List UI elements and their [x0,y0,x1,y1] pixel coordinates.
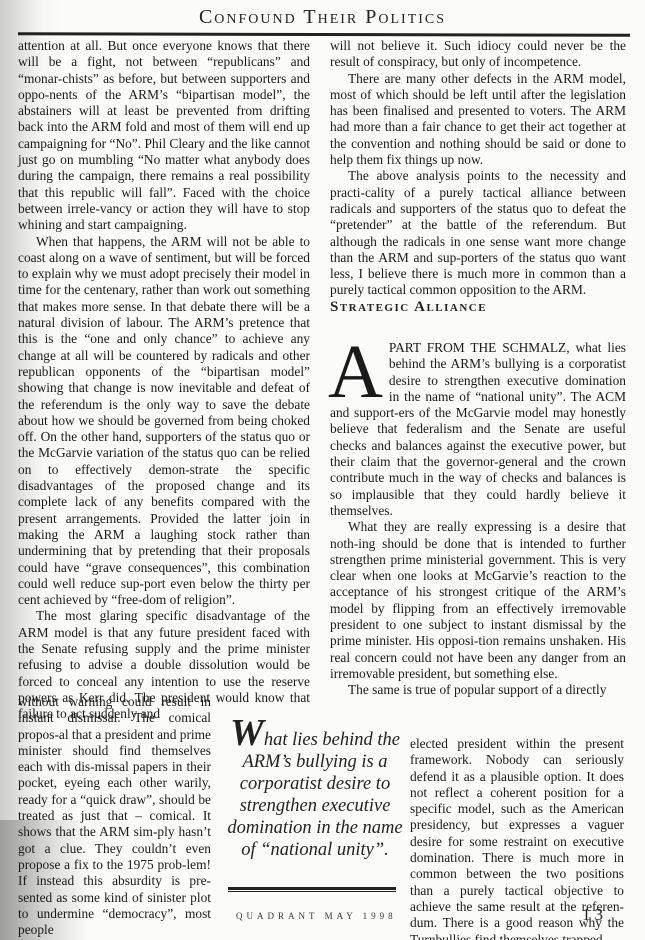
page-number: 13 [582,905,607,925]
paragraph: without warning could result in instant … [18,694,211,938]
paragraph: When that happens, the ARM will not be a… [18,234,310,609]
pull-quote-initial: W [230,712,264,754]
paragraph: The same is true of popular support of a… [330,682,626,698]
pull-quote-rule [228,887,396,890]
dropcap-letter: A [328,342,383,402]
section-heading: Strategic Alliance [330,299,487,316]
left-column-narrow: without warning could result in instant … [18,694,211,938]
dropcap-lead-in: PART FROM THE SCHMALZ, [389,340,570,355]
dropcap-section: APART FROM THE SCHMALZ, what lies behind… [330,340,626,699]
pull-quote: What lies behind the ARM’s bullying is a… [222,718,408,861]
paragraph: The above analysis points to the necessi… [330,168,626,298]
running-head: Confound Their Politics [0,6,645,29]
pull-quote-rule-thin [228,891,396,892]
paragraph: What they are really expressing is a des… [330,519,626,682]
right-column: will not believe it. Such idiocy could n… [330,38,626,299]
paragraph: will not believe it. Such idiocy could n… [330,38,626,71]
paragraph: There are many other defects in the ARM … [330,71,626,169]
footer-publication: QUADRANT MAY 1998 [236,911,397,921]
dropcap-paragraph: APART FROM THE SCHMALZ, what lies behind… [330,340,626,519]
paragraph: attention at all. But once everyone know… [18,38,310,234]
header-rule [18,32,630,37]
left-column: attention at all. But once everyone know… [18,38,310,722]
